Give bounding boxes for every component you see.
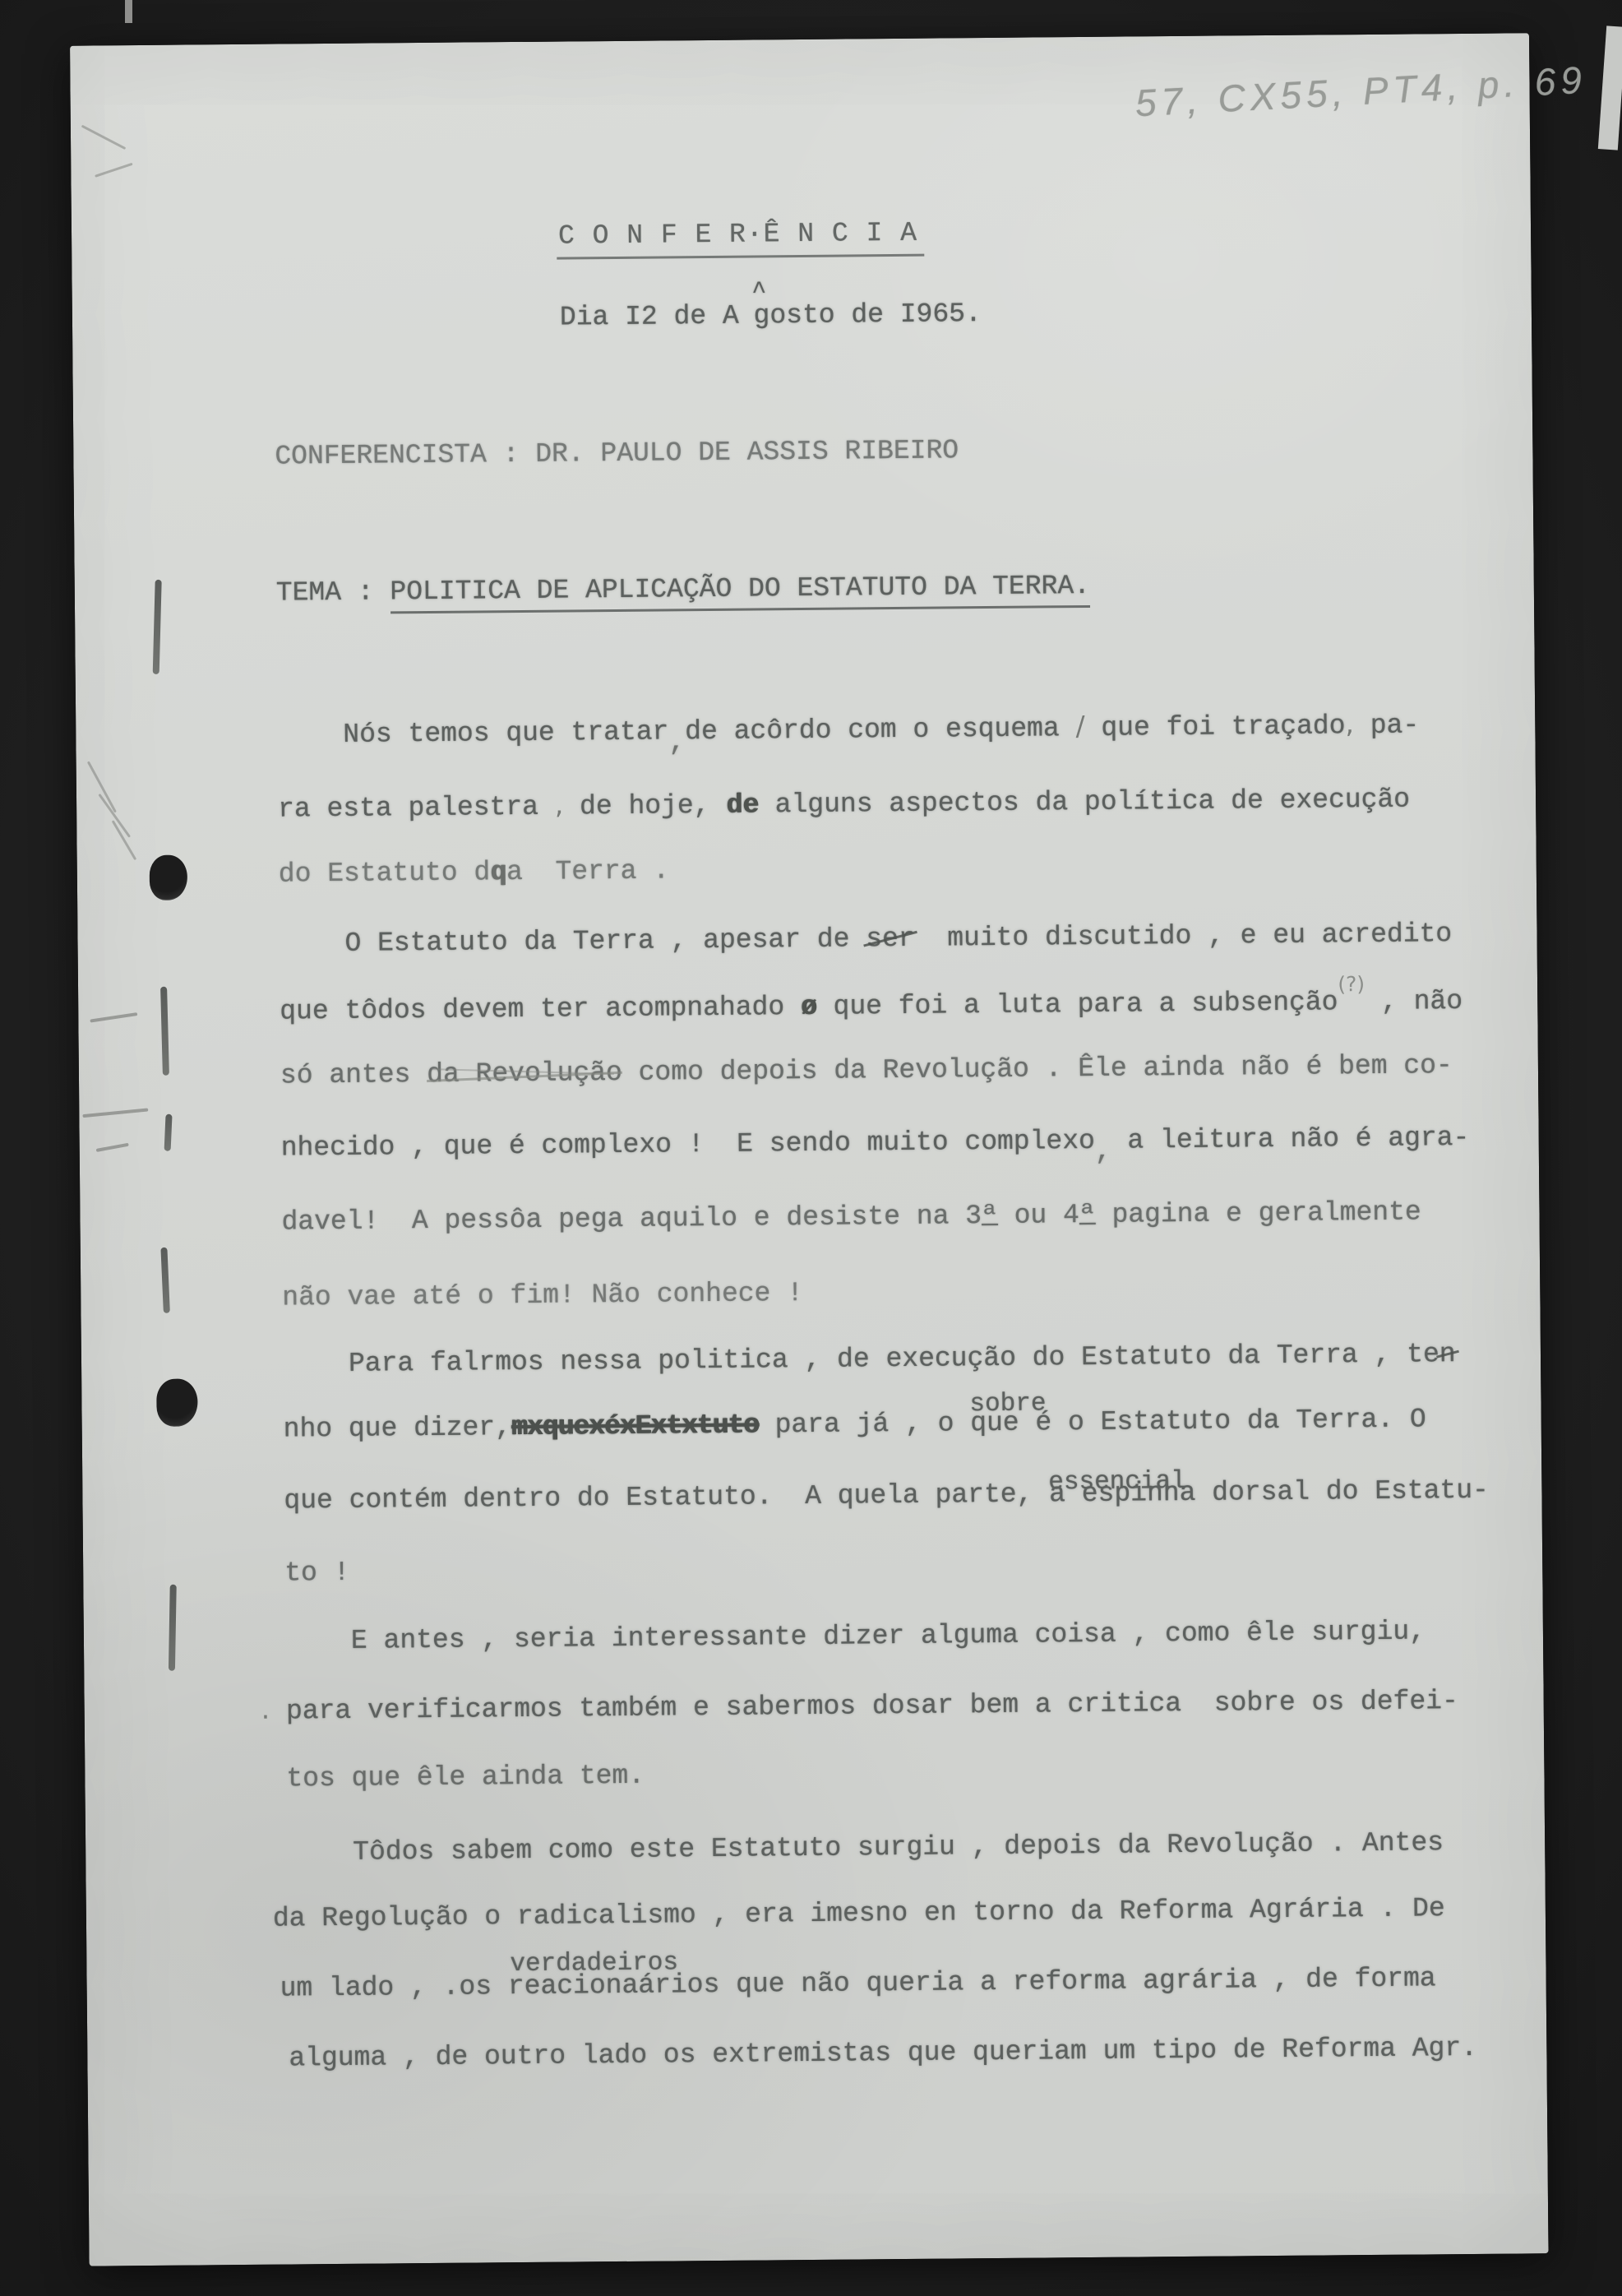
topic-line: TEMA : POLITICA DE APLICAÇÃO DO ESTATUTO… (276, 570, 1090, 610)
pencil-dash (82, 1108, 148, 1118)
paragraph-line: alguma , de outro lado os extremistas qu… (289, 2032, 1477, 2076)
paragraph-line: ra esta palestra , de hoje, de alguns as… (278, 781, 1410, 826)
photo-background: { "doc": { "annotation": "57, CX55, PT4,… (0, 0, 1622, 2296)
paragraph-line: da Regolução o radicalismo , era imesno … (273, 1892, 1445, 1935)
topic-title-underlined: POLITICA DE APLICAÇÃO DO ESTATUTO DA TER… (390, 571, 1090, 613)
pencil-scribble (81, 125, 127, 150)
paragraph-line: um lado , .os reacionaários que não quer… (280, 1962, 1435, 2005)
pencil-scribble (95, 163, 132, 178)
paragraph-line: do Estatuto dqa Terra . (279, 854, 670, 891)
document-title: C O N F E R·Ê N C I A (557, 218, 924, 260)
paragraph-line: tos que êle ainda tem. (286, 1760, 645, 1796)
paragraph-line: . para verificarmos também e sabermos do… (261, 1683, 1458, 1729)
paragraph-line: to ! (284, 1557, 350, 1590)
background-paper-sliver (1598, 25, 1622, 150)
paragraph-line: só antes da Revolução como depois da Rev… (280, 1049, 1453, 1092)
punch-hole (150, 855, 187, 900)
paragraph-line: nhecido , que é complexo ! E sendo muito… (281, 1122, 1470, 1165)
paragraph-line: não vae até o fim! Não conhece ! (282, 1277, 803, 1315)
paragraph-line: E antes , seria interessante dizer algum… (351, 1615, 1426, 1657)
document-date: Dia I2 de A ^gosto de I965. (560, 298, 982, 335)
background-mark (125, 0, 132, 23)
pencil-scribble (112, 820, 136, 860)
archive-annotation: 57, CX55, PT4, p. 69 (1134, 58, 1588, 126)
pencil-scribble (87, 761, 117, 812)
staple-mark (169, 1585, 177, 1671)
staple-mark (160, 1248, 169, 1313)
staple-mark (160, 987, 169, 1076)
topic-label: TEMA : (276, 576, 390, 608)
speaker-line: CONFERENCISTA : DR. PAULO DE ASSIS RIBEI… (275, 434, 959, 473)
pencil-dash (96, 1143, 129, 1152)
paragraph-line: que contém dentro do Estatuto. A quela p… (284, 1474, 1489, 1518)
staple-mark (164, 1114, 173, 1151)
paragraph-line: Para falrmos nessa politica , de execuçã… (349, 1338, 1456, 1381)
pencil-scribble (98, 794, 131, 838)
paragraph-line: davel! A pessôa pega aquilo e desiste na… (281, 1196, 1421, 1238)
pencil-dash (90, 1012, 137, 1023)
paragraph-line: nho que dizer,mxquexéxExtxtuto para já ,… (284, 1403, 1426, 1446)
paragraph-line: O Estatuto da Terra , apesar de ser muit… (344, 918, 1452, 961)
staple-mark (153, 580, 162, 674)
document-page: 57, CX55, PT4, p. 69 C O N F E R·Ê N C I… (70, 33, 1548, 2266)
paragraph-line: que tôdos devem ter acompnahado ø que fo… (280, 985, 1463, 1029)
paragraph-line: Nós temos que tratar,de acôrdo com o esq… (343, 706, 1419, 751)
paragraph-line: Tôdos sabem como este Estatuto surgiu , … (353, 1826, 1444, 1869)
punch-hole (156, 1378, 198, 1426)
